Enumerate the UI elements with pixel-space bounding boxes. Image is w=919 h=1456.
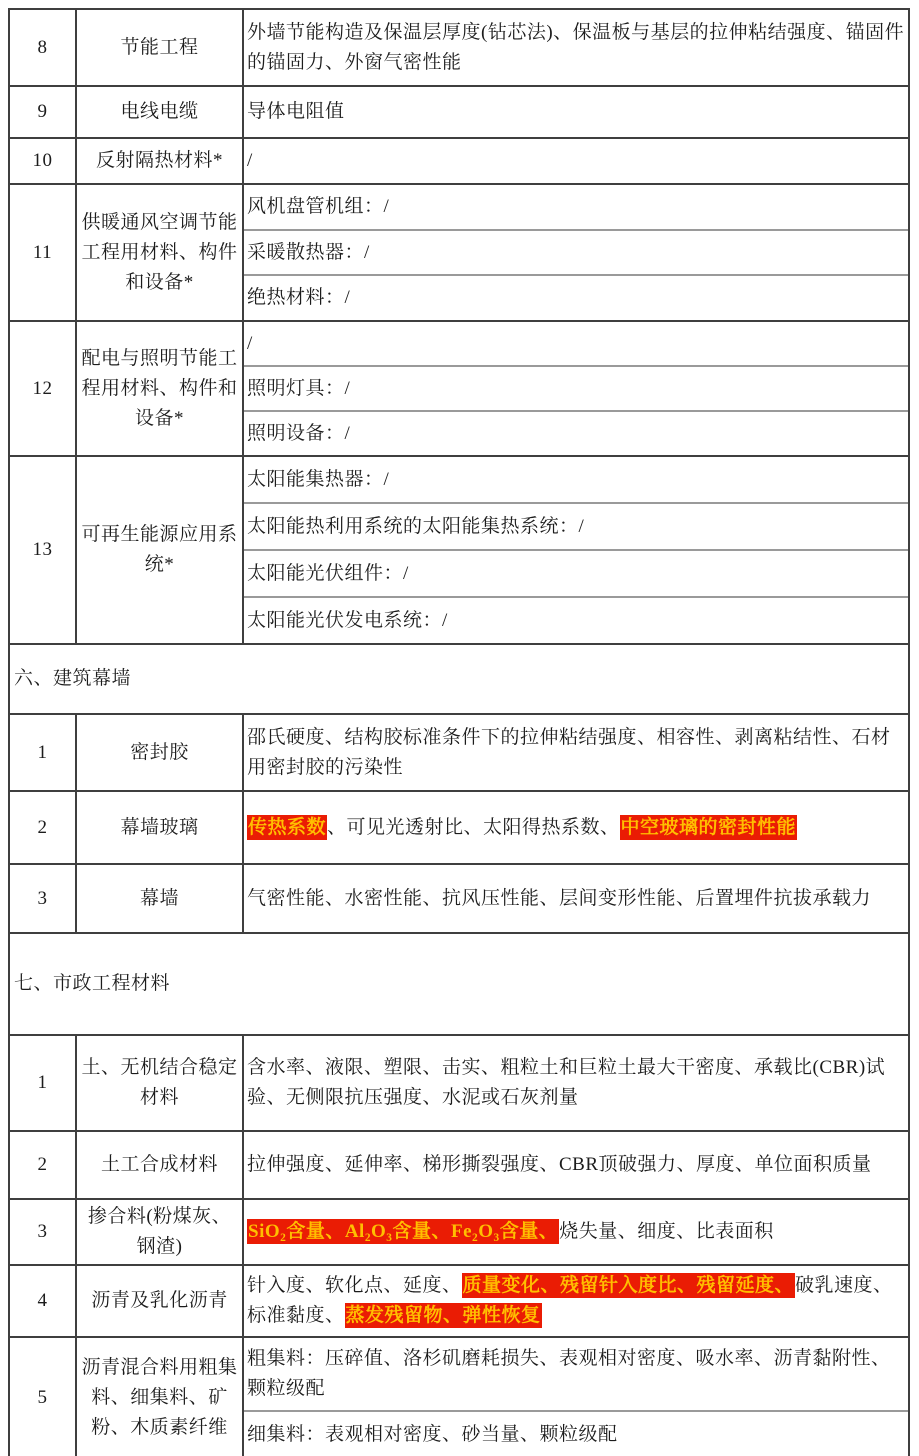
category-label: 配电与照明节能工程用材料、构件和设备* — [79, 344, 240, 434]
category-label: 电线电缆 — [120, 97, 198, 127]
row-number: 2 — [38, 1150, 48, 1180]
table-row: 13 可再生能源应用系统* 太阳能集热器：/ 太阳能热利用系统的太阳能集热系统：… — [10, 457, 908, 645]
sub-row-text: 风机盘管机组：/ — [247, 192, 389, 222]
items-text: 传热系数、可见光透射比、太阳得热系数、中空玻璃的密封性能 — [247, 813, 905, 843]
table-row: 9 电线电缆 导体电阻值 — [10, 87, 908, 139]
category-cell: 掺合料(粉煤灰、钢渣) — [77, 1200, 244, 1264]
row-number: 1 — [38, 1068, 48, 1098]
category-cell: 可再生能源应用系统* — [77, 457, 244, 643]
row-number-cell: 13 — [10, 457, 77, 643]
category-label: 反射隔热材料* — [96, 146, 223, 176]
sub-row: 粗集料：压碎值、洛杉矶磨耗损失、表观相对密度、吸水率、沥青黏附性、颗粒级配 — [244, 1338, 908, 1412]
category-cell: 土、无机结合稳定材料 — [77, 1036, 244, 1130]
row-number-cell: 3 — [10, 865, 77, 932]
table-row: 1 密封胶 邵氏硬度、结构胶标准条件下的拉伸粘结强度、相容性、剥离粘结性、石材用… — [10, 715, 908, 792]
section-header-curtain-wall: 六、建筑幕墙 — [10, 645, 908, 715]
items-cell: 传热系数、可见光透射比、太阳得热系数、中空玻璃的密封性能 — [244, 792, 908, 863]
category-label: 节能工程 — [120, 33, 198, 63]
table-row: 3 掺合料(粉煤灰、钢渣) SiO₂含量、Al₂O₃含量、Fe₂O₃含量、烧失量… — [10, 1200, 908, 1266]
category-label: 幕墙 — [140, 884, 179, 914]
items-text: 针入度、软化点、延度、质量变化、残留针入度比、残留延度、破乳速度、标准黏度、蒸发… — [247, 1271, 905, 1331]
category-label: 土工合成材料 — [101, 1150, 218, 1180]
category-label: 土、无机结合稳定材料 — [79, 1053, 240, 1113]
row-number-cell: 2 — [10, 792, 77, 863]
row-number: 8 — [38, 33, 48, 63]
items-text: SiO₂含量、Al₂O₃含量、Fe₂O₃含量、烧失量、细度、比表面积 — [247, 1217, 905, 1247]
sub-row: 太阳能光伏组件：/ — [244, 551, 908, 598]
sub-row-text: 太阳能光伏组件：/ — [247, 559, 409, 589]
document-page: 8 节能工程 外墙节能构造及保温层厚度(钻芯法)、保温板与基层的拉伸粘结强度、锚… — [0, 0, 919, 1456]
sub-row-text: 绝热材料：/ — [247, 283, 350, 313]
table-row: 1 土、无机结合稳定材料 含水率、液限、塑限、击实、粗粒土和巨粒土最大干密度、承… — [10, 1036, 908, 1132]
row-number: 10 — [33, 146, 53, 176]
items-text-run: 针入度、软化点、延度、 — [247, 1275, 462, 1296]
category-label: 供暖通风空调节能工程用材料、构件和设备* — [79, 208, 240, 298]
sub-row-text: 细集料：表观相对密度、砂当量、颗粒级配 — [247, 1420, 618, 1450]
table-row: 5 沥青混合料用粗集料、细集料、矿粉、木质素纤维 粗集料：压碎值、洛杉矶磨耗损失… — [10, 1338, 908, 1456]
sub-row-text: 照明灯具：/ — [247, 374, 350, 404]
highlighted-text: SiO₂含量、Al₂O₃含量、Fe₂O₃含量、 — [247, 1219, 559, 1244]
category-cell: 电线电缆 — [77, 87, 244, 137]
sub-row: 细集料：表观相对密度、砂当量、颗粒级配 — [244, 1412, 908, 1456]
table-row: 3 幕墙 气密性能、水密性能、抗风压性能、层间变形性能、后置埋件抗拔承载力 — [10, 865, 908, 934]
items-cell: 拉伸强度、延伸率、梯形撕裂强度、CBR顶破强力、厚度、单位面积质量 — [244, 1132, 908, 1198]
category-cell: 配电与照明节能工程用材料、构件和设备* — [77, 322, 244, 455]
sub-row-text: 照明设备：/ — [247, 419, 350, 449]
items-cell: 太阳能集热器：/ 太阳能热利用系统的太阳能集热系统：/ 太阳能光伏组件：/ 太阳… — [244, 457, 908, 643]
sub-row-text: 太阳能光伏发电系统：/ — [247, 606, 448, 636]
row-number: 3 — [38, 884, 48, 914]
items-text-run: 烧失量、细度、比表面积 — [559, 1221, 774, 1242]
row-number: 5 — [38, 1383, 48, 1413]
sub-row-text: / — [247, 329, 253, 359]
row-number-cell: 3 — [10, 1200, 77, 1264]
items-cell: / 照明灯具：/ 照明设备：/ — [244, 322, 908, 455]
inspection-items-table: 8 节能工程 外墙节能构造及保温层厚度(钻芯法)、保温板与基层的拉伸粘结强度、锚… — [8, 8, 910, 1456]
sub-row-text: 太阳能热利用系统的太阳能集热系统：/ — [247, 512, 584, 542]
sub-row: 太阳能光伏发电系统：/ — [244, 598, 908, 643]
items-text: 气密性能、水密性能、抗风压性能、层间变形性能、后置埋件抗拔承载力 — [247, 884, 905, 914]
row-number-cell: 2 — [10, 1132, 77, 1198]
sub-row: 绝热材料：/ — [244, 276, 908, 320]
sub-row: 照明设备：/ — [244, 412, 908, 455]
category-label: 掺合料(粉煤灰、钢渣) — [79, 1202, 240, 1262]
row-number: 13 — [33, 535, 53, 565]
row-number-cell: 5 — [10, 1338, 77, 1456]
row-number-cell: 10 — [10, 139, 77, 183]
table-row: 12 配电与照明节能工程用材料、构件和设备* / 照明灯具：/ 照明设备：/ — [10, 322, 908, 457]
category-cell: 供暖通风空调节能工程用材料、构件和设备* — [77, 185, 244, 320]
row-number: 1 — [38, 738, 48, 768]
section-title: 七、市政工程材料 — [14, 969, 170, 999]
category-cell: 土工合成材料 — [77, 1132, 244, 1198]
highlighted-text: 中空玻璃的密封性能 — [620, 815, 798, 840]
table-row: 10 反射隔热材料* / — [10, 139, 908, 185]
sub-row-text: 粗集料：压碎值、洛杉矶磨耗损失、表观相对密度、吸水率、沥青黏附性、颗粒级配 — [247, 1344, 905, 1404]
section-title: 六、建筑幕墙 — [14, 664, 131, 694]
items-text-run: 、可见光透射比、太阳得热系数、 — [327, 817, 620, 838]
sub-row-text: 太阳能集热器：/ — [247, 465, 389, 495]
items-cell: / — [244, 139, 908, 183]
category-label: 沥青及乳化沥青 — [91, 1286, 228, 1316]
category-cell: 反射隔热材料* — [77, 139, 244, 183]
row-number-cell: 9 — [10, 87, 77, 137]
category-label: 沥青混合料用粗集料、细集料、矿粉、木质素纤维 — [79, 1353, 240, 1443]
row-number: 2 — [38, 813, 48, 843]
highlighted-text: 传热系数 — [247, 815, 327, 840]
category-cell: 节能工程 — [77, 10, 244, 85]
table-row: 4 沥青及乳化沥青 针入度、软化点、延度、质量变化、残留针入度比、残留延度、破乳… — [10, 1266, 908, 1338]
sub-row: 照明灯具：/ — [244, 367, 908, 412]
category-cell: 沥青及乳化沥青 — [77, 1266, 244, 1336]
items-cell: 邵氏硬度、结构胶标准条件下的拉伸粘结强度、相容性、剥离粘结性、石材用密封胶的污染… — [244, 715, 908, 790]
sub-row: 风机盘管机组：/ — [244, 185, 908, 231]
table-row: 11 供暖通风空调节能工程用材料、构件和设备* 风机盘管机组：/ 采暖散热器：/… — [10, 185, 908, 322]
row-number: 12 — [33, 374, 53, 404]
table-row: 8 节能工程 外墙节能构造及保温层厚度(钻芯法)、保温板与基层的拉伸粘结强度、锚… — [10, 10, 908, 87]
items-cell: 针入度、软化点、延度、质量变化、残留针入度比、残留延度、破乳速度、标准黏度、蒸发… — [244, 1266, 908, 1336]
highlighted-text: 蒸发残留物、弹性恢复 — [345, 1303, 542, 1328]
highlighted-text: 质量变化、残留针入度比、残留延度、 — [462, 1273, 796, 1298]
items-text: / — [247, 146, 905, 176]
row-number: 3 — [38, 1217, 48, 1247]
items-text: 邵氏硬度、结构胶标准条件下的拉伸粘结强度、相容性、剥离粘结性、石材用密封胶的污染… — [247, 723, 905, 783]
items-text: 导体电阻值 — [247, 97, 905, 127]
items-cell: SiO₂含量、Al₂O₃含量、Fe₂O₃含量、烧失量、细度、比表面积 — [244, 1200, 908, 1264]
row-number: 11 — [33, 238, 52, 268]
table-row: 2 幕墙玻璃 传热系数、可见光透射比、太阳得热系数、中空玻璃的密封性能 — [10, 792, 908, 865]
table-row: 2 土工合成材料 拉伸强度、延伸率、梯形撕裂强度、CBR顶破强力、厚度、单位面积… — [10, 1132, 908, 1200]
category-cell: 密封胶 — [77, 715, 244, 790]
sub-row: / — [244, 322, 908, 367]
row-number: 9 — [38, 97, 48, 127]
category-label: 可再生能源应用系统* — [79, 520, 240, 580]
items-cell: 导体电阻值 — [244, 87, 908, 137]
sub-row: 采暖散热器：/ — [244, 231, 908, 277]
category-cell: 沥青混合料用粗集料、细集料、矿粉、木质素纤维 — [77, 1338, 244, 1456]
category-cell: 幕墙 — [77, 865, 244, 932]
row-number-cell: 11 — [10, 185, 77, 320]
items-cell: 气密性能、水密性能、抗风压性能、层间变形性能、后置埋件抗拔承载力 — [244, 865, 908, 932]
sub-row-text: 采暖散热器：/ — [247, 238, 370, 268]
category-cell: 幕墙玻璃 — [77, 792, 244, 863]
items-text: 外墙节能构造及保温层厚度(钻芯法)、保温板与基层的拉伸粘结强度、锚固件的锚固力、… — [247, 18, 905, 78]
sub-row: 太阳能集热器：/ — [244, 457, 908, 504]
row-number-cell: 1 — [10, 715, 77, 790]
sub-row: 太阳能热利用系统的太阳能集热系统：/ — [244, 504, 908, 551]
row-number-cell: 8 — [10, 10, 77, 85]
section-header-municipal-materials: 七、市政工程材料 — [10, 934, 908, 1036]
row-number-cell: 1 — [10, 1036, 77, 1130]
items-cell: 含水率、液限、塑限、击实、粗粒土和巨粒土最大干密度、承载比(CBR)试验、无侧限… — [244, 1036, 908, 1130]
items-text: 含水率、液限、塑限、击实、粗粒土和巨粒土最大干密度、承载比(CBR)试验、无侧限… — [247, 1053, 905, 1113]
items-text: 拉伸强度、延伸率、梯形撕裂强度、CBR顶破强力、厚度、单位面积质量 — [247, 1150, 905, 1180]
category-label: 幕墙玻璃 — [120, 813, 198, 843]
items-cell: 风机盘管机组：/ 采暖散热器：/ 绝热材料：/ — [244, 185, 908, 320]
row-number: 4 — [38, 1286, 48, 1316]
items-cell: 粗集料：压碎值、洛杉矶磨耗损失、表观相对密度、吸水率、沥青黏附性、颗粒级配 细集… — [244, 1338, 908, 1456]
row-number-cell: 12 — [10, 322, 77, 455]
items-cell: 外墙节能构造及保温层厚度(钻芯法)、保温板与基层的拉伸粘结强度、锚固件的锚固力、… — [244, 10, 908, 85]
category-label: 密封胶 — [130, 738, 189, 768]
row-number-cell: 4 — [10, 1266, 77, 1336]
